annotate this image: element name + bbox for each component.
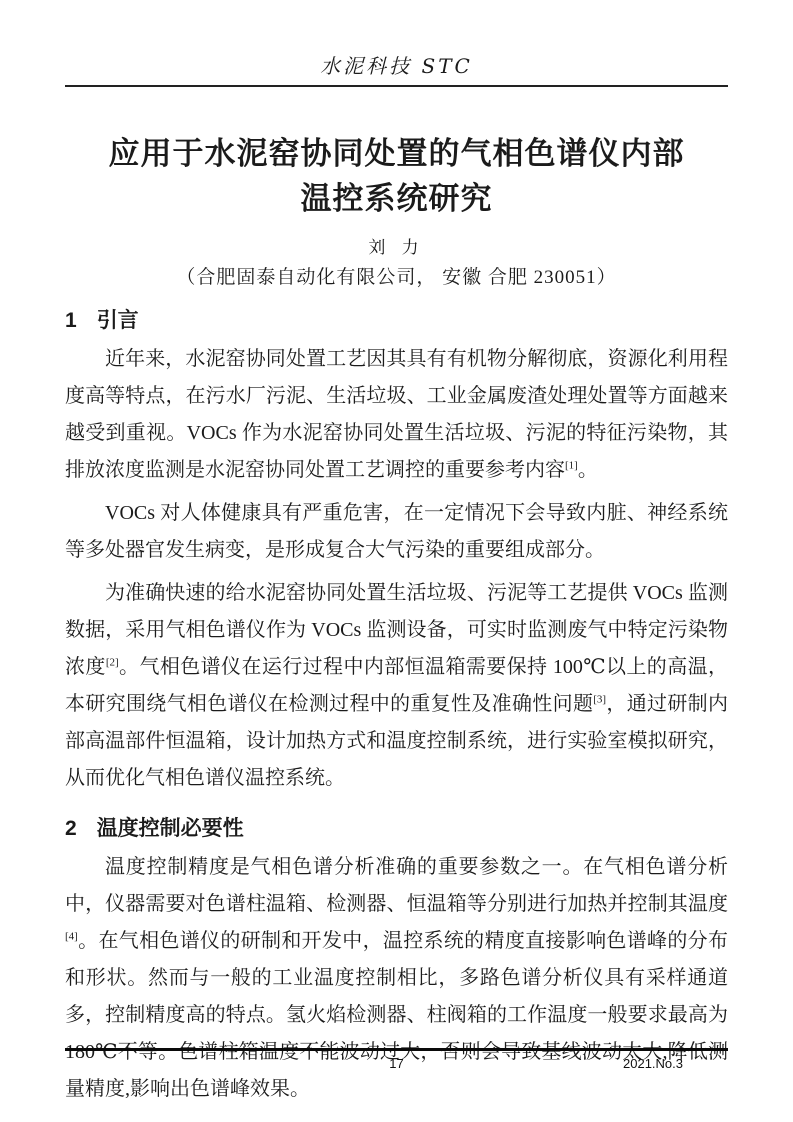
page-footer: 17 2021.No.3	[65, 1048, 728, 1081]
article-title-line1: 应用于水泥窑协同处置的气相色谱仪内部	[109, 136, 685, 171]
article-body: 1引言近年来，水泥窑协同处置工艺因其具有有机物分解彻底，资源化利用程度高等特点，…	[65, 307, 728, 1108]
page-header: 水泥科技 STC	[65, 0, 728, 87]
page-number: 17	[389, 1056, 403, 1071]
author-name: 刘 力	[65, 233, 728, 258]
citation-ref: [1]	[565, 459, 578, 471]
author-affiliation: （合肥固泰自动化有限公司， 安徽 合肥 230051）	[65, 262, 728, 289]
citation-ref: [2]	[106, 656, 119, 668]
document-page: 水泥科技 STC 应用于水泥窑协同处置的气相色谱仪内部 温控系统研究 刘 力 （…	[0, 0, 793, 1122]
section-number: 1	[65, 309, 77, 332]
issue-label: 2021.No.3	[623, 1056, 683, 1071]
section: 1引言近年来，水泥窑协同处置工艺因其具有有机物分解彻底，资源化利用程度高等特点，…	[65, 307, 728, 797]
paragraph: 近年来，水泥窑协同处置工艺因其具有有机物分解彻底，资源化利用程度高等特点，在污水…	[65, 341, 728, 489]
section-title: 温度控制必要性	[97, 817, 244, 840]
journal-title: 水泥科技 STC	[320, 54, 473, 78]
section-number: 2	[65, 817, 77, 840]
section-heading: 1引言	[65, 307, 728, 335]
article-title: 应用于水泥窑协同处置的气相色谱仪内部 温控系统研究	[65, 131, 728, 221]
citation-ref: [3]	[593, 693, 606, 705]
section-heading: 2温度控制必要性	[65, 815, 728, 843]
paragraph: 为准确快速的给水泥窑协同处置生活垃圾、污泥等工艺提供 VOCs 监测数据，采用气…	[65, 575, 728, 797]
section-title: 引言	[97, 309, 139, 332]
citation-ref: [4]	[65, 930, 78, 942]
article-title-line2: 温控系统研究	[301, 181, 493, 216]
paragraph: VOCs 对人体健康具有严重危害，在一定情况下会导致内脏、神经系统等多处器官发生…	[65, 495, 728, 569]
